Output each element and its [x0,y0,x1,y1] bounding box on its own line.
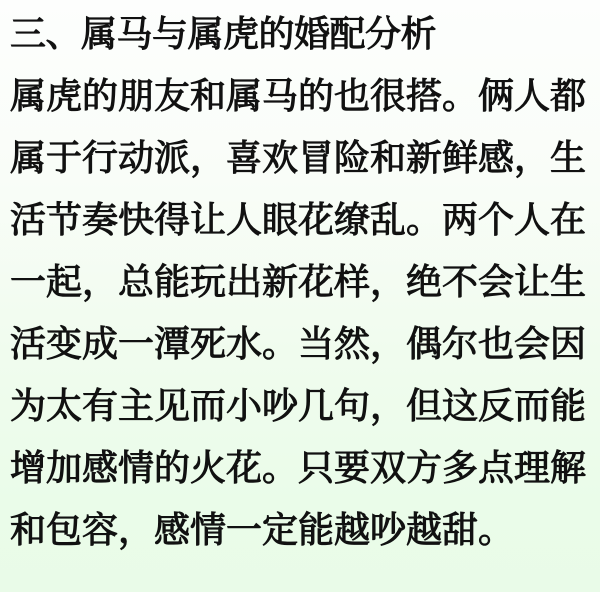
paragraph-line: 一起，总能玩出新花样，绝不会让生 [10,252,594,314]
paragraph-line: 活节奏快得让人眼花缭乱。两个人在 [10,190,594,252]
page-title: 三、属马与属虎的婚配分析 [10,4,594,66]
paragraph-line: 活变成一潭死水。当然，偶尔也会因 [10,314,594,376]
paragraph-line: 属虎的朋友和属马的也很搭。俩人都 [10,66,594,128]
text-card: 三、属马与属虎的婚配分析 属虎的朋友和属马的也很搭。俩人都 属于行动派，喜欢冒险… [0,0,600,562]
paragraph-line: 属于行动派，喜欢冒险和新鲜感，生 [10,128,594,190]
paragraph-line: 和包容，感情一定能越吵越甜。 [10,500,594,562]
paragraph-line: 增加感情的火花。只要双方多点理解 [10,438,594,500]
paragraph-line: 为太有主见而小吵几句，但这反而能 [10,376,594,438]
